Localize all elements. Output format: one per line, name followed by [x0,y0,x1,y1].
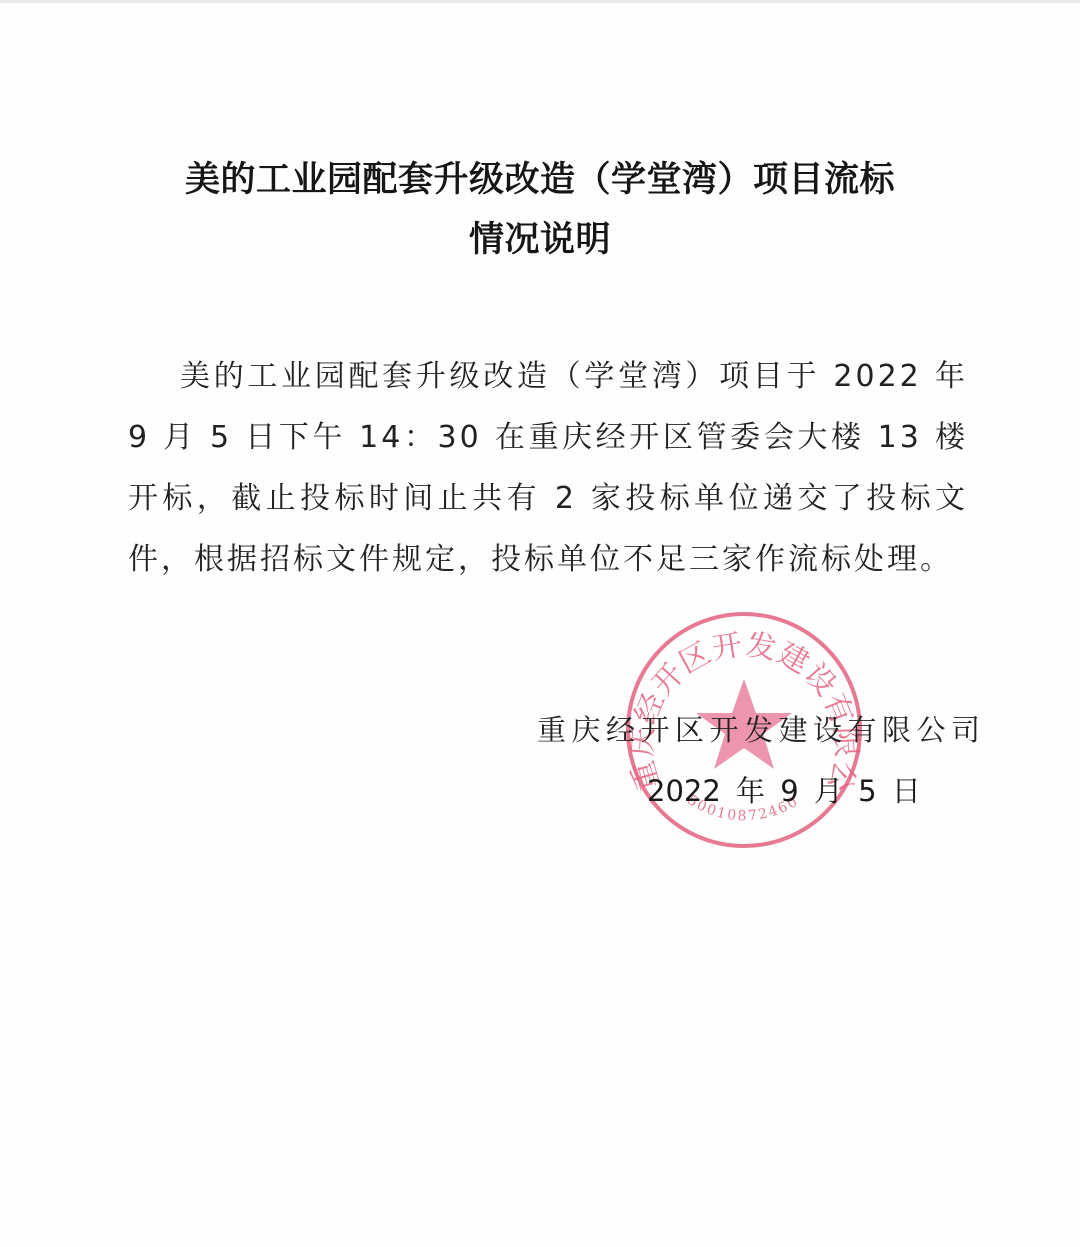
signature-date: 2022 年 9 月 5 日 [647,773,921,809]
top-edge-strip [0,0,1080,3]
document-body-paragraph: 美的工业园配套升级改造（学堂湾）项目于 2022 年 9 月 5 日下午 14：… [128,346,968,590]
signature-company-name: 重庆经开区开发建设有限公司 [537,712,986,748]
document-title-line2: 情况说明 [0,222,1080,258]
document-title-line1: 美的工业园配套升级改造（学堂湾）项目流标 [0,162,1080,198]
